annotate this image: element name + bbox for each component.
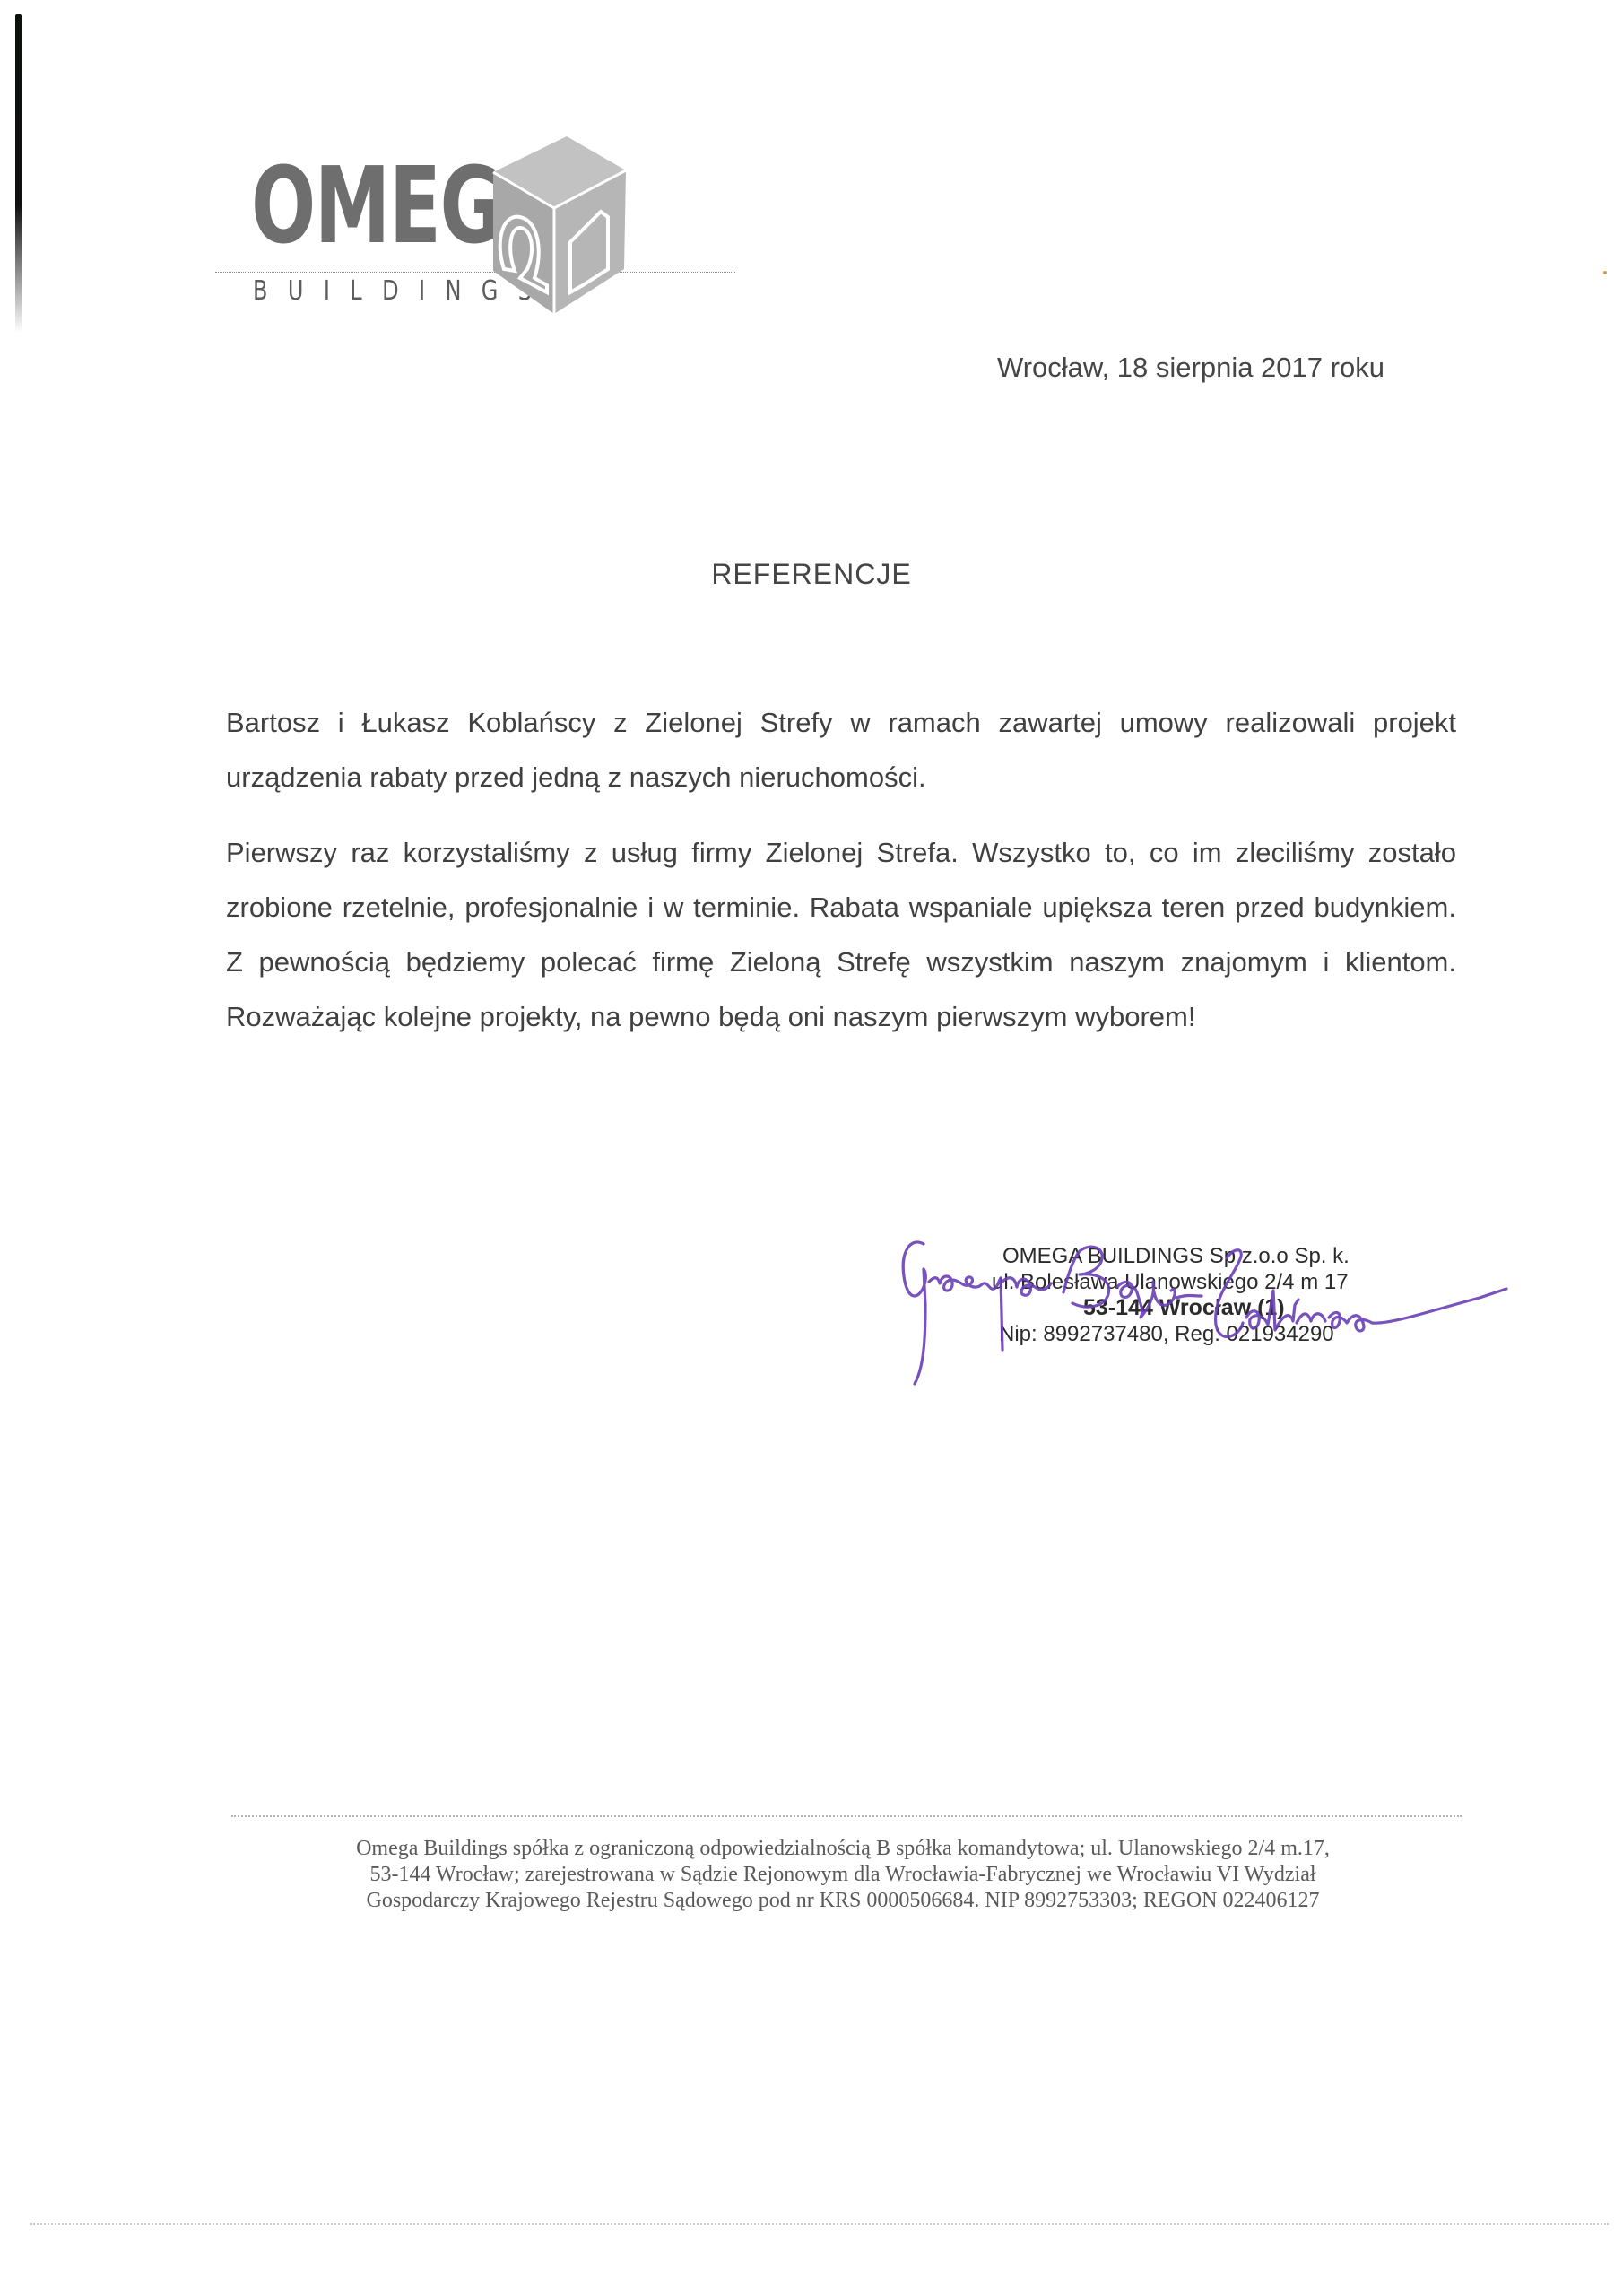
body-paragraph-2: Pierwszy raz korzystaliśmy z usług firmy… [226, 825, 1456, 1044]
scan-speck [1603, 271, 1607, 274]
stamp-company-name: OMEGA BUILDINGS Sp z.o.o Sp. k. [1002, 1243, 1350, 1269]
logo-divider [215, 272, 735, 273]
paragraph-text: Pierwszy raz korzystaliśmy z usług firmy… [226, 825, 1456, 1044]
company-stamp: OMEGA BUILDINGS Sp z.o.o Sp. k. ul. Bole… [1002, 1243, 1350, 1347]
company-footer: Omega Buildings spółka z ograniczoną odp… [215, 1836, 1471, 1914]
document-date: Wrocław, 18 sierpnia 2017 roku [997, 352, 1384, 384]
document-title: REFERENCJE [0, 558, 1623, 591]
stamp-street: ul. Bolesława Ulanowskiego 2/4 m 17 [992, 1269, 1350, 1295]
body-paragraph-1: Bartosz i Łukasz Koblańscy z Zielonej St… [226, 695, 1456, 804]
footer-divider [231, 1815, 1462, 1817]
footer-line: 53-144 Wrocław; zarejestrowana w Sądzie … [215, 1862, 1471, 1888]
omega-cube-icon [484, 135, 628, 323]
paragraph-text: Bartosz i Łukasz Koblańscy z Zielonej St… [226, 695, 1456, 804]
footer-line: Omega Buildings spółka z ograniczoną odp… [215, 1836, 1471, 1862]
stamp-tax-ids: Nip: 8992737480, Reg: 021934290 [999, 1321, 1350, 1347]
scan-edge-mark [15, 14, 22, 333]
footer-line: Gospodarczy Krajowego Rejestru Sądowego … [215, 1888, 1471, 1914]
company-logo: OMEGA BUILDINGS [215, 126, 735, 323]
scan-bottom-line [30, 2223, 1609, 2225]
stamp-city: 53-144 Wrocław (1) [1083, 1295, 1350, 1321]
